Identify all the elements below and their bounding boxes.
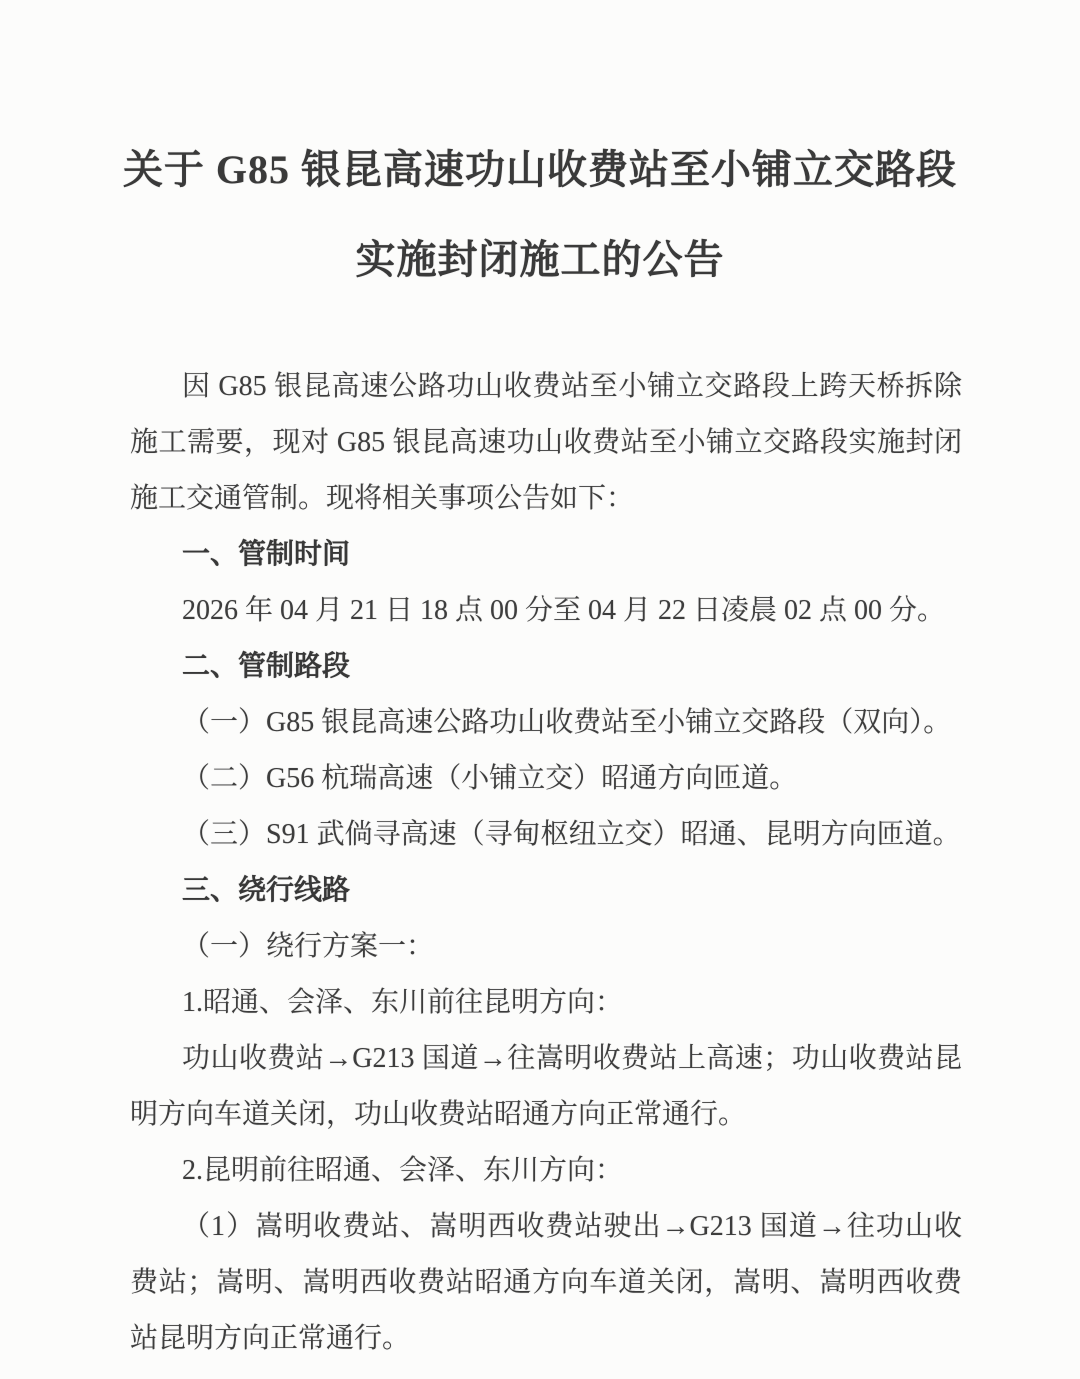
detour-route-2-paragraph: （1）嵩明收费站、嵩明西收费站驶出→G213 国道→往功山收费站；嵩明、嵩明西收… [130, 1199, 962, 1367]
section-2-heading: 二、管制路段 [130, 639, 962, 695]
detour-route-1-paragraph: 功山收费站→G213 国道→往嵩明收费站上高速；功山收费站昆明方向车道关闭，功山… [130, 1031, 962, 1143]
intro-paragraph: 因 G85 银昆高速公路功山收费站至小铺立交路段上跨天桥拆除施工需要，现对 G8… [130, 359, 962, 527]
control-time-value: 2026 年 04 月 21 日 18 点 00 分至 04 月 22 日凌晨 … [130, 583, 962, 639]
announcement-document: 关于 G85 银昆高速功山收费站至小铺立交路段 实施封闭施工的公告 因 G85 … [0, 0, 1080, 1379]
detour-direction-2-heading: 2.昆明前往昭通、会泽、东川方向： [130, 1143, 962, 1199]
document-body: 因 G85 银昆高速公路功山收费站至小铺立交路段上跨天桥拆除施工需要，现对 G8… [130, 359, 962, 1367]
document-title: 关于 G85 银昆高速功山收费站至小铺立交路段 实施封闭施工的公告 [0, 125, 1080, 305]
detour-direction-1-heading: 1.昭通、会泽、东川前往昆明方向： [130, 975, 962, 1031]
section-3-heading: 三、绕行线路 [130, 863, 962, 919]
document-title-line-1: 关于 G85 银昆高速功山收费站至小铺立交路段 [0, 125, 1080, 215]
section-1-heading: 一、管制时间 [130, 527, 962, 583]
controlled-road-item-1: （一）G85 银昆高速公路功山收费站至小铺立交路段（双向）。 [130, 695, 962, 751]
detour-plan-1-heading: （一）绕行方案一： [130, 919, 962, 975]
controlled-road-item-2: （二）G56 杭瑞高速（小铺立交）昭通方向匝道。 [130, 751, 962, 807]
document-title-line-2: 实施封闭施工的公告 [0, 215, 1080, 305]
controlled-road-item-3: （三）S91 武倘寻高速（寻甸枢纽立交）昭通、昆明方向匝道。 [130, 807, 962, 863]
